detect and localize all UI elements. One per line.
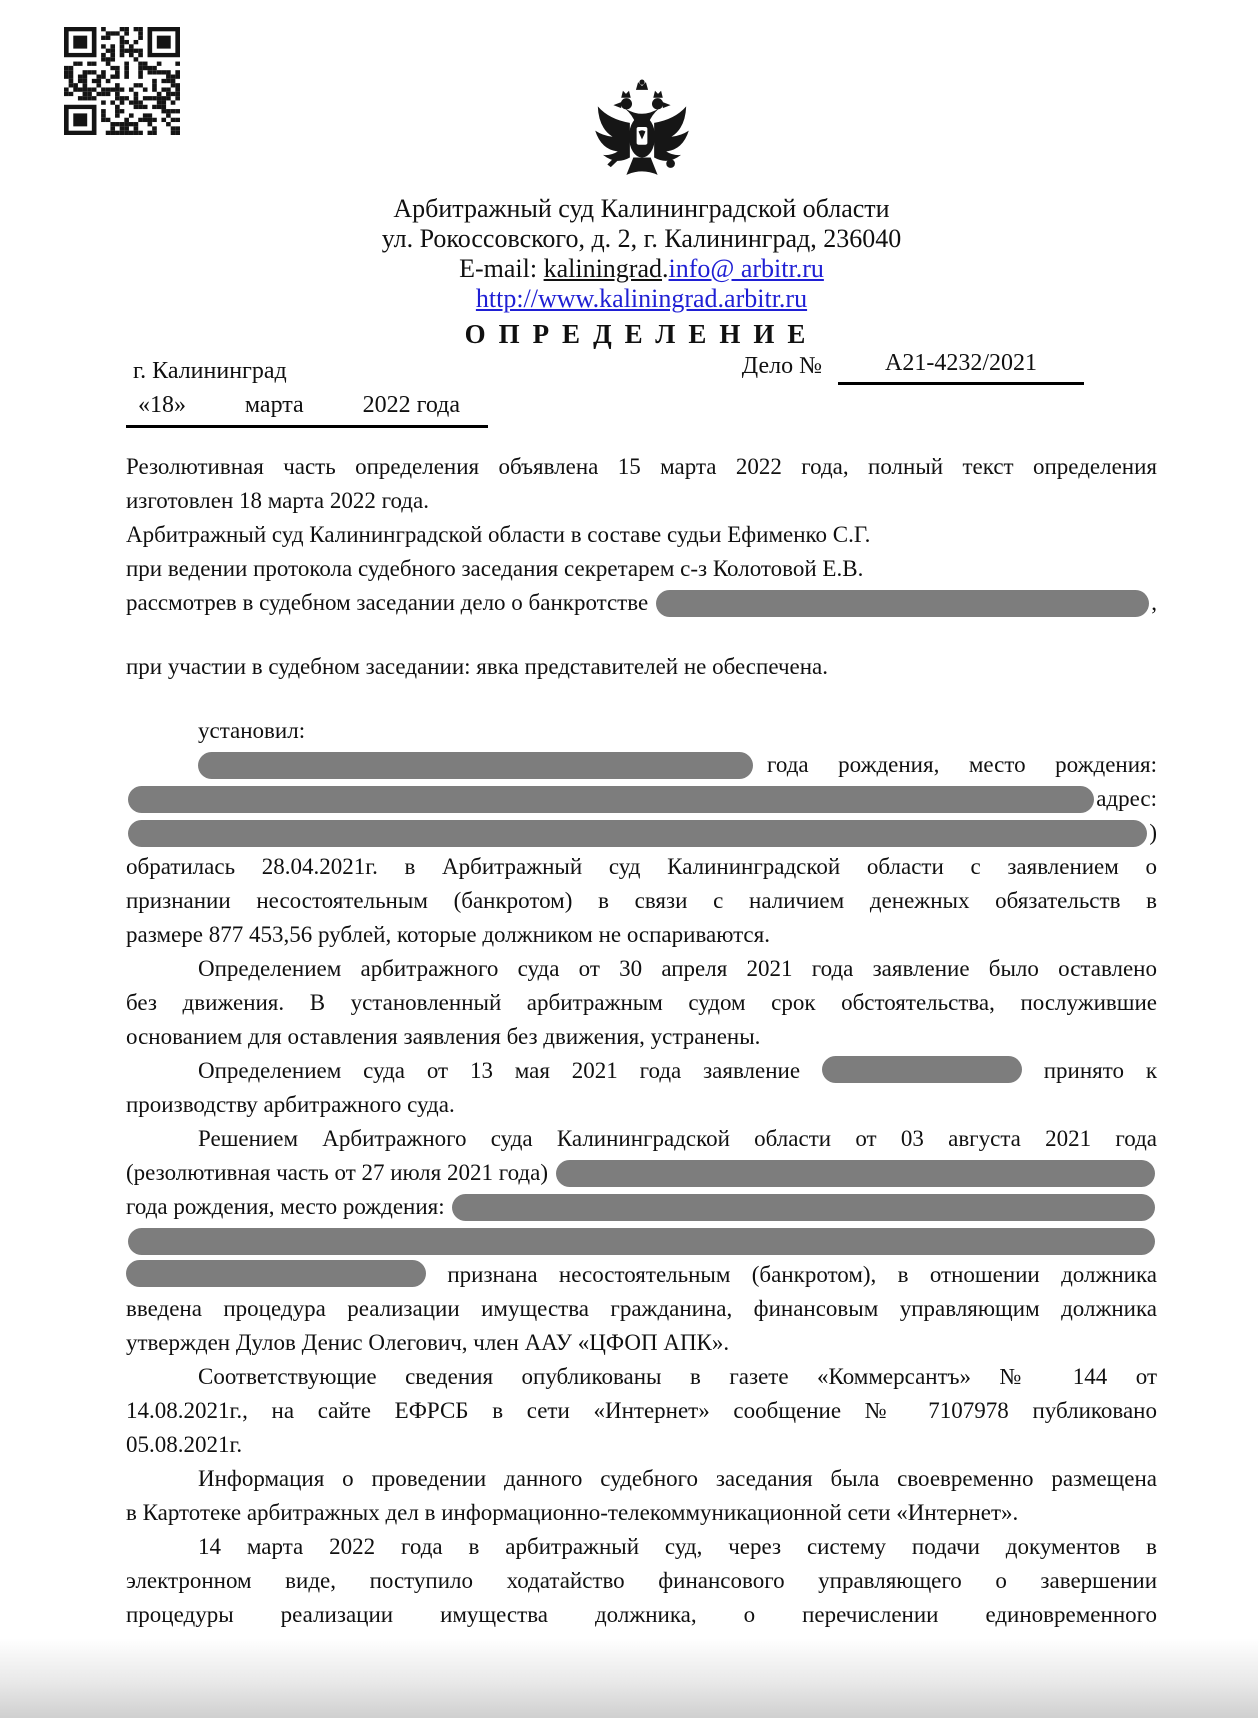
- document-line: [126, 1224, 1157, 1258]
- document-line: при участии в судебном заседании: явка п…: [126, 650, 1157, 684]
- redaction-bar: [126, 1260, 426, 1287]
- document-line: Арбитражный суд Калининградской области …: [126, 518, 1157, 552]
- russian-coat-of-arms-icon: [126, 76, 1157, 194]
- document-line: Решением Арбитражного суда Калининградск…: [126, 1122, 1157, 1156]
- city-label: г. Калининград: [126, 358, 287, 385]
- date-row: «18» марта 2022 года: [126, 390, 488, 428]
- document-line: производству арбитражного суда.: [126, 1088, 1157, 1122]
- document-line: ): [126, 816, 1157, 850]
- document-title: ОПРЕДЕЛЕНИЕ: [126, 317, 1157, 351]
- document-line: введена процедура реализации имущества г…: [126, 1292, 1157, 1326]
- date-day: «18»: [138, 392, 186, 419]
- document-line: Резолютивная часть определения объявлена…: [126, 450, 1157, 484]
- document-line: установил:: [126, 714, 1157, 748]
- case-number-value: А21-4232/2021: [838, 350, 1084, 385]
- document-body: Резолютивная часть определения объявлена…: [126, 450, 1157, 1632]
- document-line: основанием для оставления заявления без …: [126, 1020, 1157, 1054]
- document-line: года рождения, место рождения:: [126, 1190, 1157, 1224]
- redaction-bar: [128, 786, 1094, 813]
- document-line: признании несостоятельным (банкротом) в …: [126, 884, 1157, 918]
- email-label: E-mail:: [459, 254, 543, 283]
- case-number-label: Дело №: [742, 353, 822, 385]
- document-line: признана несостоятельным (банкротом), в …: [126, 1258, 1157, 1292]
- redaction-bar: [128, 820, 1147, 847]
- redaction-bar: [452, 1194, 1155, 1221]
- redaction-bar: [822, 1056, 1022, 1083]
- document-line: Информация о проведении данного судебног…: [126, 1462, 1157, 1496]
- case-number-group: Дело № А21-4232/2021: [742, 350, 1084, 385]
- document-line: 05.08.2021г.: [126, 1428, 1157, 1462]
- email-domain-link[interactable]: info@ arbitr.ru: [669, 254, 824, 283]
- date-year: 2022 года: [363, 392, 460, 419]
- redaction-bar: [656, 590, 1149, 617]
- document-line: (резолютивная часть от 27 июля 2021 года…: [126, 1156, 1157, 1190]
- redaction-bar: [556, 1160, 1155, 1187]
- document-line: размере 877 453,56 рублей, которые должн…: [126, 918, 1157, 952]
- document-line: рассмотрев в судебном заседании дело о б…: [126, 586, 1157, 620]
- redaction-bar: [198, 752, 753, 779]
- document-line: обратилась 28.04.2021г. в Арбитражный су…: [126, 850, 1157, 884]
- document-line: без движения. В установленный арбитражны…: [126, 986, 1157, 1020]
- document-line: утвержден Дулов Денис Олегович, член ААУ…: [126, 1326, 1157, 1360]
- document-line: изготовлен 18 марта 2022 года.: [126, 484, 1157, 518]
- document-line: электронном виде, поступило ходатайство …: [126, 1564, 1157, 1598]
- document-header: Арбитражный суд Калининградской области …: [126, 0, 1157, 351]
- court-ruling-document: Арбитражный суд Калининградской области …: [0, 0, 1258, 1718]
- page-bottom-shadow: [0, 1638, 1258, 1718]
- document-line: Определением арбитражного суда от 30 апр…: [126, 952, 1157, 986]
- document-line: адрес:: [126, 782, 1157, 816]
- document-line: года рождения, место рождения:: [126, 748, 1157, 782]
- email-user-link[interactable]: kaliningrad: [544, 254, 662, 283]
- court-name: Арбитражный суд Калининградской области: [126, 194, 1157, 224]
- blank-line: [126, 684, 1157, 714]
- document-line: 14 марта 2022 года в арбитражный суд, че…: [126, 1530, 1157, 1564]
- document-line: в Картотеке арбитражных дел в информацио…: [126, 1496, 1157, 1530]
- case-meta: г. Калининград Дело № А21-4232/2021 «18»…: [126, 350, 1157, 428]
- document-line: при ведении протокола судебного заседани…: [126, 552, 1157, 586]
- case-row: г. Калининград Дело № А21-4232/2021: [126, 350, 1157, 385]
- court-address: ул. Рокоссовского, д. 2, г. Калининград,…: [126, 224, 1157, 254]
- blank-line: [126, 620, 1157, 650]
- document-line: процедуры реализации имущества должника,…: [126, 1598, 1157, 1632]
- website-link[interactable]: http://www.kaliningrad.arbitr.ru: [476, 284, 807, 313]
- redaction-bar: [128, 1228, 1155, 1255]
- document-line: Соответствующие сведения опубликованы в …: [126, 1360, 1157, 1394]
- document-line: 14.08.2021г., на сайте ЕФРСБ в сети «Инт…: [126, 1394, 1157, 1428]
- date-month: марта: [245, 392, 304, 419]
- email-line: E-mail: kaliningrad.info@ arbitr.ru: [126, 254, 1157, 284]
- document-line: Определением суда от 13 мая 2021 года за…: [126, 1054, 1157, 1088]
- website-line: http://www.kaliningrad.arbitr.ru: [126, 284, 1157, 314]
